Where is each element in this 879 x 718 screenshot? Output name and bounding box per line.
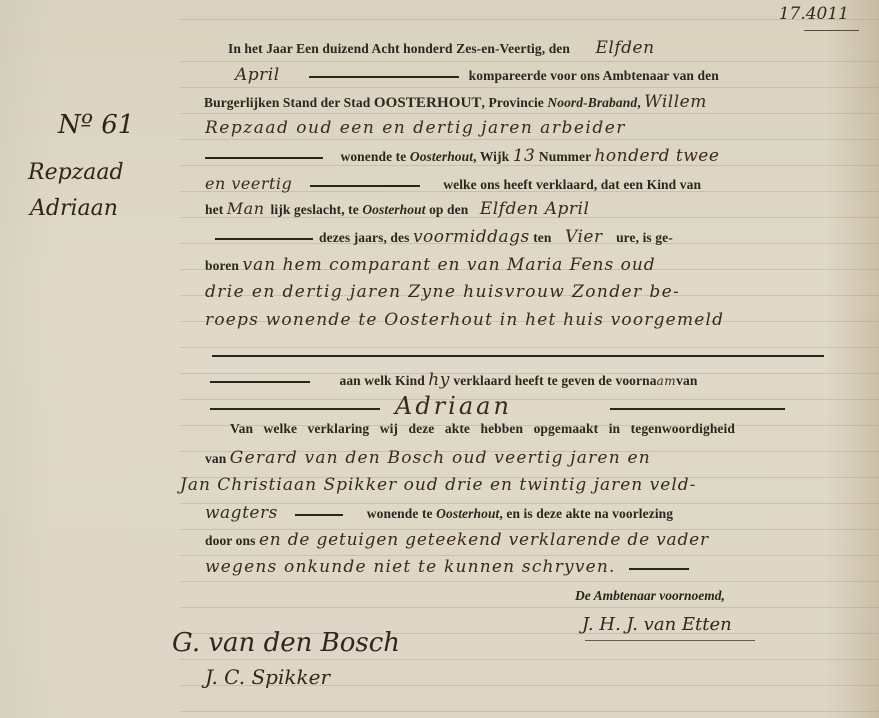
printed-text: het: [205, 202, 223, 217]
corner-underline: [804, 30, 859, 31]
line-13: Adriaan: [395, 392, 512, 420]
blank-rule-left: [210, 408, 380, 410]
printed-text: wonende te: [367, 506, 433, 521]
printed-text: lijk geslacht, te: [271, 202, 359, 217]
hand-suffix: am: [657, 374, 677, 388]
line-14: Van welke verklaring wij deze akte hebbe…: [230, 421, 735, 437]
margin-surname: Repzaad: [28, 160, 124, 185]
printed-place: Oosterhout: [362, 202, 425, 217]
hand-mother-info-2: drie en dertig jaren Zyne huisvrouw Zond…: [205, 282, 680, 302]
line-15: van Gerard van den Bosch oud veertig jar…: [205, 448, 651, 468]
blank-rule: [295, 514, 343, 516]
printed-text: ure, is ge-: [616, 230, 673, 245]
hand-mother-info: van hem comparant en van Maria Fens oud: [243, 255, 656, 275]
line-17: wagters wonende te Oosterhout, en is dez…: [205, 503, 673, 523]
hand-witness-2: Jan Christiaan Spikker oud drie en twint…: [180, 475, 696, 495]
blank-rule: [310, 185, 420, 187]
line-2: April kompareerde voor ons Ambtenaar van…: [205, 65, 719, 85]
hand-house-number-cont: en veertig: [205, 174, 292, 193]
printed-text: In het Jaar Een duizend Acht honderd Zes…: [228, 41, 570, 56]
line-1: In het Jaar Een duizend Acht honderd Zes…: [228, 38, 655, 58]
printed-text: van: [205, 451, 226, 466]
blank-rule-right: [610, 408, 785, 410]
official-signature: J. H. J. van Etten: [582, 614, 732, 635]
hand-father-details: Repzaad oud een en dertig jaren arbeider: [205, 118, 626, 138]
printed-text: op den: [429, 202, 468, 217]
hand-declarant: hy: [428, 370, 450, 390]
printed-text: aan welk Kind: [339, 373, 424, 388]
signature-underline: [585, 640, 755, 641]
line-12: aan welk Kind hy verklaard heeft te geve…: [210, 370, 697, 390]
hand-signing-note: en de getuigen geteekend verklarende de …: [259, 530, 709, 550]
printed-text: boren: [205, 258, 239, 273]
printed-place: Oosterhout: [410, 149, 473, 164]
printed-text: welke ons heeft verklaard, dat een Kind …: [443, 177, 701, 192]
hand-time-of-day: voormiddags: [413, 227, 530, 247]
margin-given-name: Adriaan: [30, 196, 118, 221]
corner-number: 17.4011: [779, 4, 849, 24]
hand-child-name: Adriaan: [395, 392, 512, 420]
line-18: door ons en de getuigen geteekend verkla…: [205, 530, 709, 550]
hand-witness-occupation: wagters: [205, 503, 278, 523]
line-9: boren van hem comparant en van Maria Fen…: [205, 255, 656, 275]
line-10: drie en dertig jaren Zyne huisvrouw Zond…: [205, 282, 680, 302]
hand-signing-note-2: wegens onkunde niet te kunnen schryven.: [205, 557, 616, 577]
line-11: roeps wonende te Oosterhout in het huis …: [205, 310, 724, 330]
printed-text: kompareerde voor ons Ambtenaar van den: [469, 68, 719, 83]
blank-rule: [629, 568, 689, 570]
witness-signature-1: G. van den Bosch: [172, 628, 400, 658]
printed-text: Van welke verklaring wij deze akte hebbe…: [230, 421, 735, 436]
hand-sex: Man: [227, 199, 265, 218]
printed-city: OOSTERHOUT: [374, 95, 482, 111]
witness-signature-2: J. C. Spikker: [205, 665, 330, 689]
printed-text: , Provincie: [482, 95, 544, 110]
hand-month: April: [235, 65, 280, 85]
hand-witness-1: Gerard van den Bosch oud veertig jaren e…: [230, 448, 651, 468]
hand-day: Elfden: [595, 38, 654, 58]
hand-father-name: Willem: [644, 92, 707, 112]
printed-place: Oosterhout: [436, 506, 499, 521]
line-8: dezes jaars, des voormiddags ten Vier ur…: [215, 227, 673, 247]
line-5: wonende te Oosterhout, Wijk 13 Nummer ho…: [205, 146, 719, 166]
printed-text: , en is deze akte na voorlezing: [499, 506, 673, 521]
printed-text: , Wijk: [473, 149, 509, 164]
blank-rule: [309, 76, 459, 78]
printed-text: verklaard heeft te geven de voorna: [453, 373, 656, 388]
official-label: De Ambtenaar voornoemd,: [575, 588, 725, 604]
blank-rule: [205, 157, 323, 159]
hand-house-number: honderd twee: [594, 146, 719, 166]
hand-hour: Vier: [565, 227, 603, 247]
printed-text: dezes jaars, des: [319, 230, 409, 245]
printed-text: Burgerlijken Stand der Stad: [204, 95, 370, 110]
printed-text: ten: [533, 230, 551, 245]
blank-rule: [210, 381, 310, 383]
printed-province: Noord-Braband: [547, 95, 637, 110]
printed-text: wonende te: [340, 149, 406, 164]
line-16: Jan Christiaan Spikker oud drie en twint…: [180, 475, 696, 495]
printed-text: ,: [637, 95, 640, 110]
margin-record-number: Nº 61: [58, 110, 134, 140]
printed-text: door ons: [205, 533, 255, 548]
printed-text: van: [676, 373, 697, 388]
blank-rule: [215, 238, 313, 240]
hand-birth-date: Elfden April: [480, 199, 590, 219]
hand-mother-info-3: roeps wonende te Oosterhout in het huis …: [205, 310, 724, 330]
hand-wijk: 13: [513, 146, 536, 166]
line-3: Burgerlijken Stand der Stad OOSTERHOUT, …: [204, 92, 707, 112]
printed-text: Nummer: [539, 149, 591, 164]
line-6: en veertig welke ons heeft verklaard, da…: [205, 174, 701, 193]
full-rule: [212, 355, 824, 357]
line-19: wegens onkunde niet te kunnen schryven.: [205, 557, 695, 577]
line-4: Repzaad oud een en dertig jaren arbeider: [205, 118, 626, 138]
line-7: het Manlijk geslacht, te Oosterhout op d…: [205, 199, 589, 219]
